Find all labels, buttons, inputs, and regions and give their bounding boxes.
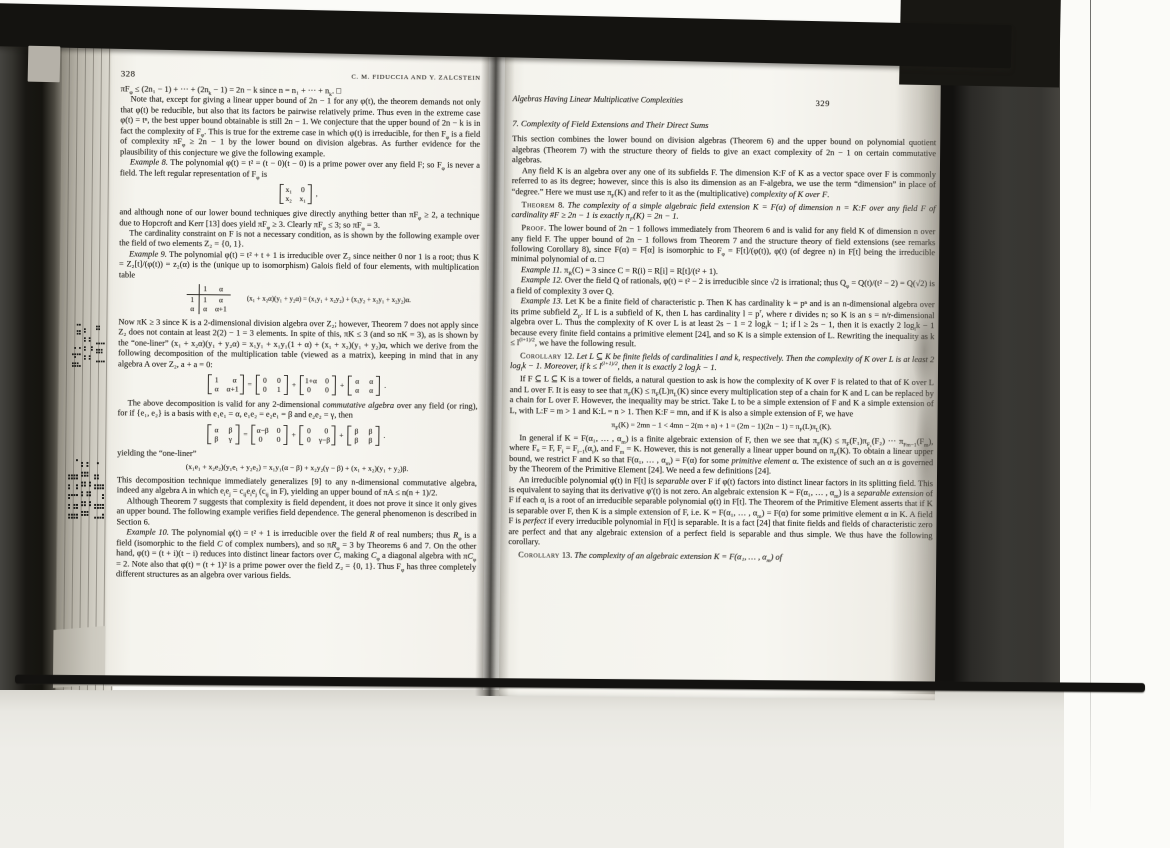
paragraph: Example 9. The polynomial φ(t) = t² + t … [119, 249, 479, 284]
matrix: αββγ [207, 424, 239, 444]
matrix: αααα [348, 376, 380, 396]
paragraph: Now πK ≥ 3 since K is a 2-dimensional di… [118, 317, 478, 373]
matrix-equation: 1ααα+1=0001+1+α000+αααα. [118, 372, 478, 397]
paragraph: An irreducible polynomial φ(t) in F[t] i… [508, 475, 933, 552]
matrix: ββββ [347, 426, 379, 446]
paragraph: Note that, except for giving a linear up… [120, 95, 481, 161]
paragraph: In general if K = F(α₁, … , αm) is a fin… [509, 433, 933, 479]
right-edge-shadow [889, 58, 941, 694]
scan-edge-line [1090, 0, 1091, 848]
scan-bottom-surface [0, 690, 1064, 848]
multiplication-table-row: 1α11αααα+1(x₁ + x₂α)(y₁ + y₂α) = (x₁y₁ +… [119, 284, 479, 317]
paragraph: yielding the “one-liner” [117, 448, 477, 462]
paragraph: Example 13. Let K be a finite field of c… [510, 296, 934, 352]
open-book-spread: 328 C. M. FIDUCCIA AND Y. ZALCSTEIN πFφ … [47, 40, 943, 701]
paragraph: Corollary 12. Let L ⊆ K be finite fields… [510, 351, 934, 376]
display-formula: (x₁e₁ + x₂e₂)(y₁e₁ + y₂e₂) = x₁y₁(α − β)… [117, 462, 477, 475]
paragraph: Example 8. The polynomial φ(t) = t² = (t… [120, 158, 480, 182]
multiplication-table: 1α11αααα+1 [186, 284, 231, 314]
paragraph: Example 10. The polynomial φ(t) = t² + 1… [116, 528, 476, 584]
page-number-right: 329 [816, 98, 830, 109]
table-formula: (x₁ + x₂α)(y₁ + y₂α) = (x₁y₁ + x₂y₂) + (… [247, 294, 411, 306]
matrix: α−β000 [252, 425, 288, 445]
matrix-equation: x₁0x₂x₁, [120, 181, 480, 206]
running-head-right: Algebras Having Linear Multiplicative Co… [513, 94, 683, 105]
paragraph: If F ⊆ L ⊆ K is a tower of fields, a nat… [510, 375, 934, 421]
book-corner-edge [28, 46, 61, 83]
left-page-body: πFφ ≤ (2n₁ − 1) + ··· + (2nk − 1) = 2n −… [116, 84, 481, 583]
running-head-left: C. M. FIDUCCIA AND Y. ZALCSTEIN [351, 73, 481, 85]
paragraph: The above decomposition is valid for any… [118, 398, 478, 422]
matrix: 0001 [256, 375, 288, 395]
library-stamp-lower: ⣿⣭⢹⣉⣿ ⢀⠿⣛⣭⣛⠿⠭⣇⣿⣀⣿⠛ ⠂ [67, 409, 119, 567]
matrix: 000γ−β [300, 425, 336, 445]
scanned-book-spread: { "colors":{"page":"#f7f6f1","ink":"#242… [0, 0, 1170, 848]
paragraph: Any field K is an algebra over any one o… [512, 166, 936, 201]
library-stamp-upper: ⡿⢺⡂ ⣤⡄⠭⣉⠭⠉⡇⠿⡇ ⠛ [71, 277, 117, 409]
matrix-equation: αββγ=α−β000+000γ−β+ββββ. [117, 422, 477, 447]
matrix: x₁0x₂x₁ [280, 184, 312, 204]
paragraph: Proof. The lower bound of 2n − 1 follows… [511, 223, 935, 269]
matrix: 1+α000 [300, 375, 336, 395]
matrix: 1ααα+1 [208, 374, 244, 394]
page-number-left: 328 [121, 68, 136, 79]
right-page-body: 7. Complexity of Field Extensions and Th… [508, 116, 936, 565]
section-heading: 7. Complexity of Field Extensions and Th… [512, 118, 936, 133]
scan-right-dark-band [933, 0, 1060, 700]
paragraph: This section combines the lower bound on… [512, 135, 936, 170]
paragraph: Theorem 8. The complexity of a simple al… [511, 200, 935, 225]
display-formula: πF(K) = 2mn − 1 < 4mn − 2(m + n) + 1 = (… [509, 419, 933, 433]
paragraph: Although Theorem 7 suggests that complex… [116, 496, 476, 531]
gutter-shadow [475, 44, 515, 696]
